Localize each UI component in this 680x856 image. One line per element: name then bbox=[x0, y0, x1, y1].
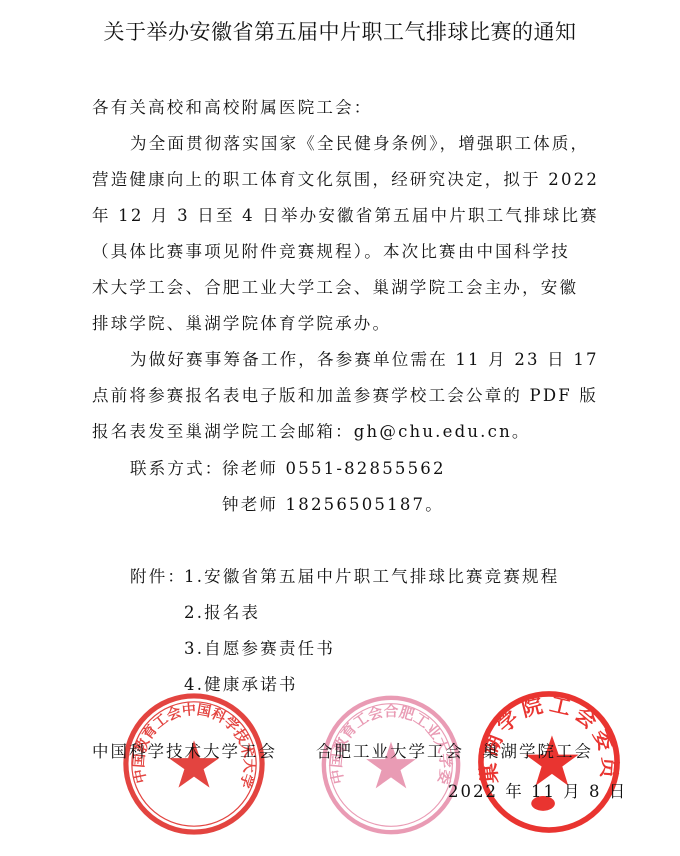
pink-seal-icon: 中国教育工会合肥工业大学委员会 bbox=[318, 690, 464, 840]
paragraph1-line: （具体比赛事项见附件竞赛规程）。本次比赛由中国科学技 bbox=[92, 238, 570, 262]
stamp-ustc-union: 中国教育工会中国科学技术大学委员会 bbox=[120, 690, 268, 838]
paragraph2-line: 报名表发至巢湖学院工会邮箱：gh@chu.edu.cn。 bbox=[92, 418, 531, 442]
attachments-label: 附件： bbox=[130, 563, 186, 587]
contact-person-2: 钟老师 18256505187。 bbox=[222, 491, 444, 515]
signature-org-chu: 巢湖学院工会 bbox=[482, 738, 593, 762]
attachment-item: 3.自愿参赛责任书 bbox=[184, 635, 335, 659]
paragraph1-line: 术大学工会、合肥工业大学工会、巢湖学院工会主办，安徽 bbox=[92, 274, 578, 298]
signature-org-hfut: 合肥工业大学工会 bbox=[316, 738, 464, 762]
paragraph1-line: 年 12 月 3 日至 4 日举办安徽省第五届中片职工气排球比赛 bbox=[92, 202, 599, 226]
attachment-item: 1.安徽省第五届中片职工气排球比赛竞赛规程 bbox=[184, 563, 559, 587]
red-seal-icon: 巢湖学院工会委员会 bbox=[475, 686, 623, 838]
signature-org-ustc: 中国科学技术大学工会 bbox=[92, 738, 277, 762]
salutation: 各有关高校和高校附属医院工会： bbox=[92, 94, 373, 118]
signature-date: 2022 年 11 月 8 日 bbox=[448, 778, 627, 802]
paragraph1-line: 排球学院、巢湖学院体育学院承办。 bbox=[92, 310, 391, 334]
stamp-hfut-union: 中国教育工会合肥工业大学委员会 bbox=[318, 690, 464, 840]
contact-person-1: 徐老师 0551-82855562 bbox=[222, 455, 446, 479]
contact-label: 联系方式： bbox=[130, 455, 224, 479]
attachment-item: 2.报名表 bbox=[184, 599, 260, 623]
paragraph1-line: 营造健康向上的职工体育文化氛围，经研究决定，拟于 2022 bbox=[92, 166, 599, 190]
document-title: 关于举办安徽省第五届中片职工气排球比赛的通知 bbox=[0, 16, 680, 46]
paragraph1-line: 为全面贯彻落实国家《全民健身条例》，增强职工体质， bbox=[130, 130, 589, 154]
stamp-chu-union: 巢湖学院工会委员会 bbox=[475, 686, 623, 838]
red-seal-icon: 中国教育工会中国科学技术大学委员会 bbox=[120, 690, 268, 838]
paragraph2-line: 点前将参赛报名表电子版和加盖参赛学校工会公章的 PDF 版 bbox=[92, 382, 598, 406]
paragraph2-line: 为做好赛事筹备工作，各参赛单位需在 11 月 23 日 17 bbox=[130, 346, 599, 370]
